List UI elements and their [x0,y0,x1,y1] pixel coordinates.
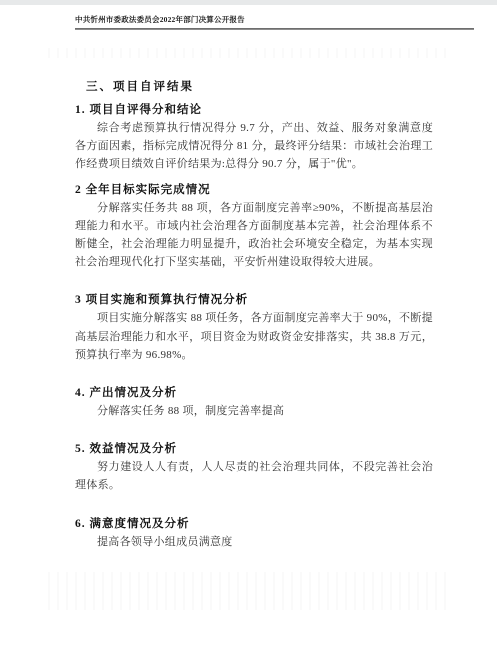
section-heading-5: 5. 效益情况及分析 [75,440,433,456]
paragraph: 项目实施分解落实 88 项任务，各方面制度完善率大于 90%，不断提高基层治理能… [75,309,433,364]
paragraph: 提高各领导小组成员满意度 [75,533,433,551]
paragraph: 分解落实任务 88 项，制度完善率提高 [75,402,433,420]
section-heading-3: 3 项目实施和预算执行情况分析 [75,291,433,307]
section-self-evaluation-score: 1. 项目自评得分和结论 综合考虑预算执行情况得分 9.7 分，产出、效益、服务… [75,101,433,174]
section-satisfaction-analysis: 6. 满意度情况及分析 提高各领导小组成员满意度 [75,515,433,551]
section-heading-6: 6. 满意度情况及分析 [75,515,433,531]
window-top-band [0,0,497,5]
paragraph: 分解落实任务共 88 项，各方面制度完善率≥90%，不断提高基层治理能力和水平。… [75,199,433,272]
section-heading-1: 1. 项目自评得分和结论 [75,101,433,117]
paragraph: 综合考虑预算执行情况得分 9.7 分，产出、效益、服务对象满意度各方面因素，指标… [75,119,433,174]
document-page: 中共忻州市委政法委员会2022年部门决算公开报告 三、项目自评结果 1. 项目自… [0,0,497,657]
scan-artifact-band-bottom [48,572,449,610]
section-implementation-budget: 3 项目实施和预算执行情况分析 项目实施分解落实 88 项任务，各方面制度完善率… [75,291,433,364]
header-rule [75,28,474,30]
section-output-analysis: 4. 产出情况及分析 分解落实任务 88 项，制度完善率提高 [75,384,433,420]
section-benefit-analysis: 5. 效益情况及分析 努力建设人人有责，人人尽责的社会治理共同体，不段完善社会治… [75,440,433,494]
report-header-title: 中共忻州市委政法委员会2022年部门决算公开报告 [75,14,474,25]
section-heading-4: 4. 产出情况及分析 [75,384,433,400]
paragraph: 努力建设人人有责，人人尽责的社会治理共同体，不段完善社会治理体系。 [75,458,433,494]
section-annual-goal-completion: 2 全年目标实际完成情况 分解落实任务共 88 项，各方面制度完善率≥90%，不… [75,181,433,272]
section-title: 三、项目自评结果 [86,78,433,94]
section-heading-2: 2 全年目标实际完成情况 [75,181,433,197]
page-body: 三、项目自评结果 1. 项目自评得分和结论 综合考虑预算执行情况得分 9.7 分… [0,78,497,551]
scan-artifact-band-top [48,48,449,58]
